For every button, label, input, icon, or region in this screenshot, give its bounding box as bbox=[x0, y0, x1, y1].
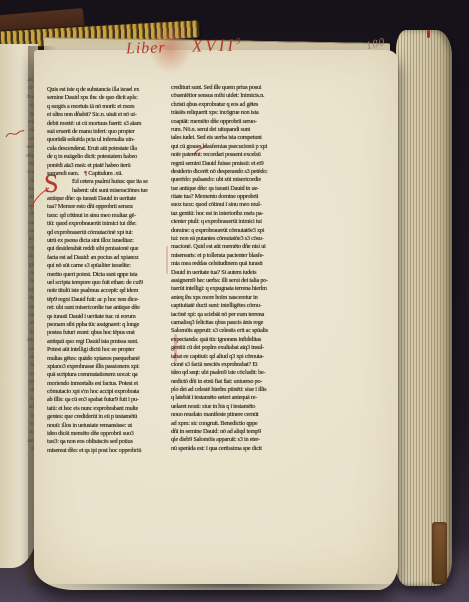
facing-page-fragment: īa bbox=[12, 361, 34, 369]
text-line: quā scriptura commutationem uocat: qa bbox=[47, 371, 169, 379]
facing-page-fragment: gz bbox=[12, 261, 34, 269]
facing-page-fragment: oz bbox=[12, 345, 34, 353]
text-line: Potest aūt intelligi dictū hoc ee propte… bbox=[47, 346, 169, 354]
text-line: anteq ihs xps more hoīm nasceretur in bbox=[171, 294, 293, 302]
running-header-numeral: XVII9 bbox=[192, 35, 244, 56]
facing-page-fragment: ab. bbox=[12, 76, 34, 84]
facing-page-fragment: ē. bbox=[12, 420, 34, 428]
facing-page-fragment: bd bbox=[12, 235, 34, 243]
text-line: multas gētes: quādo xpianos psequebanē bbox=[47, 355, 169, 363]
text-line: ret: ubi sunt misericordie tue antique d… bbox=[47, 304, 169, 312]
text-line: q latebāt ī testamēto ueteri antequā re- bbox=[171, 394, 293, 402]
facing-page-fragment: em bbox=[12, 336, 34, 344]
text-line: tuo3: qa non eos obliuiscēs sed potius bbox=[47, 438, 169, 446]
text-line: de q in euāgelio dicit: potestatem habeo bbox=[47, 153, 169, 161]
text-line: quorūdā soluēda pcta ul infernalia uin- bbox=[47, 136, 169, 144]
text-line: taz gentiū: hoc est in interioribz meis … bbox=[171, 210, 293, 218]
facing-page-fragment: oz bbox=[12, 219, 34, 227]
facing-page-fragment: fue bbox=[12, 93, 34, 101]
facing-page-fragment: qz bbox=[12, 303, 34, 311]
text-line: cula descenderat. Eruit aūt potestate il… bbox=[47, 145, 169, 153]
text-line: suoz tuoz: quod cōtinui ī sinu meo mul- bbox=[171, 201, 293, 209]
text-line: ideo qd seqt: ubi psalm9 iste cōcludit: … bbox=[171, 369, 293, 377]
facing-page-fragment: nē bbox=[12, 286, 34, 294]
text-line: cienter ptuli: q exprobrauerūt inimici t… bbox=[171, 218, 293, 226]
text-line: tue antique dñe: qs iurasti Dauid in ue- bbox=[171, 185, 293, 193]
text-line: Salomōis appruit: s3 celestis erit ac sp… bbox=[171, 327, 293, 335]
text-line: antique dñe: qs iurasti Dauid in ueritat… bbox=[47, 195, 169, 203]
text-line: qle dieb9 Salomōis apparuit: s3 in eter- bbox=[171, 436, 293, 444]
facing-page-fragment: u9 bbox=[12, 160, 34, 168]
text-line: tuerūt intelligi: q expugnata terrena hi… bbox=[171, 285, 293, 293]
text-line: ritate tua? Memento domine opprobrii bbox=[171, 193, 293, 201]
text-line: nouo reuelato manifeste ptinere cernūt bbox=[171, 411, 293, 419]
text-line: querēdo: pulsando: ubi sūt misericordie bbox=[171, 176, 293, 184]
text-line: uelaret nouū: siue in his q ī testamēto bbox=[171, 403, 293, 411]
running-header: Liber XVII9 bbox=[126, 32, 307, 67]
text-line: macionē. Quid est aūt memēto dñe nisi ut bbox=[171, 243, 293, 251]
text-line: tua? Memor esto dñi opprobrii seruoz bbox=[47, 203, 169, 211]
facing-page-fragment: sz bbox=[12, 311, 34, 319]
text-line: qs iurasti Dauid ī ueritate tua: ni eoru… bbox=[47, 313, 169, 321]
facing-page-fragment: ū bbox=[12, 445, 34, 453]
text-line: miserearis: et p tollerata pacienter bla… bbox=[171, 252, 293, 260]
text-line: Quis est iste q de substancia illa israe… bbox=[47, 86, 169, 94]
text-line: habent: ubi sunt miseraciōnes tue bbox=[47, 187, 169, 195]
text-line: nū sperāda est: ī qua certissima spe dic… bbox=[171, 445, 293, 453]
text-line: qui cū graues blasfemias psecucionū p xp… bbox=[171, 143, 293, 151]
text-line: ab illis: qa cū eo3 spabat futur9 fuit ī… bbox=[47, 396, 169, 404]
text-line: plo dei ad celestē hierlm ptinēti: siue … bbox=[171, 386, 293, 394]
left-text-column: S Quis est iste q de substancia illa isr… bbox=[47, 86, 169, 455]
photo-of-book-page: { "folio_number": "180", "running_header… bbox=[0, 0, 469, 602]
facing-page-fragment: ad bbox=[12, 403, 34, 411]
facing-page-fragment: ea bbox=[12, 244, 34, 252]
text-line: ponēdi aīa3 meā: et ptatē habeo iterū bbox=[47, 162, 169, 170]
text-line: dñi in semine Dauid: nō ad aliqd temp9 bbox=[171, 428, 293, 436]
text-line: misereat dño: et qs ipi post hoc opprobr… bbox=[47, 447, 169, 455]
text-line: antiquū quo regi Dauid ista pmissa sunt. bbox=[47, 338, 169, 346]
text-line: gentiū cū dei poplm exultabat atq3 insul… bbox=[171, 344, 293, 352]
right-text-column: credituri sunt. Sed ille quem prius posu… bbox=[171, 84, 293, 453]
text-line: utrū ex psona dicta sint illoz israelita… bbox=[47, 237, 169, 245]
text-line: tabat ee captiuū: qd aliud q3 xpi cōmuta… bbox=[171, 353, 293, 361]
text-line: sumendi eam. ¶ Capitulum .xii. bbox=[47, 170, 169, 178]
text-line: expectanda: quā tūc ignorans infidelitas bbox=[171, 336, 293, 344]
text-line: tatū: et hoc eis nunc exprobrabant multe bbox=[47, 405, 169, 413]
text-line: tēp9 regni Dauid fuit: ac p hoc non dice… bbox=[47, 296, 169, 304]
facing-page-fragment: or bbox=[12, 428, 34, 436]
facing-page-fragment: tz bbox=[12, 277, 34, 285]
text-line: mia mea reddas celsitudinem quā iurasti bbox=[171, 260, 293, 268]
text-line: qui nō sūt carne s3 spūaliter israelite: bbox=[47, 262, 169, 270]
facing-page-fragment: rg bbox=[12, 101, 34, 109]
text-line: qui desiderabāt reddi sibi pmissionē que bbox=[47, 245, 169, 253]
facing-page-fragment: se bbox=[12, 353, 34, 361]
facing-page-fragment: nia bbox=[12, 168, 34, 176]
text-line: tales iudei. Sed eis uerba ista competun… bbox=[171, 134, 293, 142]
facing-page-fragment: de bbox=[12, 294, 34, 302]
facing-page-fragment: rō- bbox=[12, 84, 34, 92]
text-line: ad xpm: sic congruit. Benedictio qppe bbox=[171, 420, 293, 428]
text-line: qd exprobrauerūt cōmutacōnē xpi tui: bbox=[47, 229, 169, 237]
text-line: christi qbus exprobratur q eos ad gētes bbox=[171, 101, 293, 109]
text-line: regnū semini Dauid fuisse pmissū: et ei9 bbox=[171, 160, 293, 168]
text-line: moriendo inmortalis est factus. Potest e… bbox=[47, 380, 169, 388]
text-line: tiū: quod exprobrauerūt inimici tui dñe: bbox=[47, 220, 169, 228]
fore-edge-page-stack bbox=[396, 30, 452, 586]
facing-page-fragment: lā bbox=[12, 177, 34, 185]
text-line: merito queri potest. Dicta sunt qppe ist… bbox=[47, 271, 169, 279]
text-line: rum. Nō.n. serui dei uitupandi sunt bbox=[171, 126, 293, 134]
pilcrow-mark: ¶ bbox=[84, 170, 87, 177]
facing-page-fragment: iā. bbox=[12, 252, 34, 260]
text-line: semine Dauid xps ihs: de quo dicit apls: bbox=[47, 94, 169, 102]
text-line: noīe titulū iste psalmus accepit: qd ide… bbox=[47, 287, 169, 295]
text-line: Dauid in ueritate tua? Si autem iudeis bbox=[171, 269, 293, 277]
facing-page-fragment: am bbox=[12, 437, 34, 445]
text-line: postea futuri erant: qbus hoc tēpus erat bbox=[47, 329, 169, 337]
text-line: ideo dicāt memēto dñe opprobrii suo3 bbox=[47, 430, 169, 438]
text-line: cōueniētior sensus mihi uidet: Inimicis.… bbox=[171, 92, 293, 100]
facing-page-fragment: is bbox=[12, 412, 34, 420]
text-line: cionē s3 factā nesciēs exprobrabat? Et bbox=[171, 361, 293, 369]
facing-page-fragment: tā bbox=[12, 386, 34, 394]
fore-edge-notch bbox=[432, 522, 447, 584]
text-line: coaptāt: memēto dñe opprobrii seruo- bbox=[171, 118, 293, 126]
margin-red-flourish bbox=[5, 126, 25, 142]
text-line: nedictō dñi in etnū fiat fiat: uniuerso … bbox=[171, 378, 293, 386]
facing-page-fragment: dñe bbox=[12, 152, 34, 160]
facing-page-fragment: et bbox=[12, 319, 34, 327]
facing-page-fragment: ct bbox=[12, 370, 34, 378]
text-line: tuoz: qd cōtinui in sinu meo multaz gē- bbox=[47, 212, 169, 220]
text-line: xpiano3 exprobrasse illis passionem xpi: bbox=[47, 363, 169, 371]
fore-edge-red-mark bbox=[427, 30, 430, 38]
text-line: gentes: que crediderūt in eū p testamētū bbox=[47, 413, 169, 421]
text-line: uel scripta tempore quo fuit ethan: de c… bbox=[47, 279, 169, 287]
facing-page-fragment: ūt bbox=[12, 328, 34, 336]
text-line: noīe paterent: recordari possent excelsū bbox=[171, 151, 293, 159]
text-line: debit mortē: ut cū mortuus fuerit: s3 aī… bbox=[47, 120, 169, 128]
text-line: tui: non eā putantes cōmutatōe3 s3 cōsu- bbox=[171, 235, 293, 243]
text-line: nouū: illos in uetustate remansisse: ut bbox=[47, 422, 169, 430]
page-bottom-shadow bbox=[30, 584, 430, 598]
text-line: credituri sunt. Sed ille quem prius posu… bbox=[171, 84, 293, 92]
facing-page-fragment: ū. bbox=[12, 395, 34, 403]
facing-page-fragment: re bbox=[12, 269, 34, 277]
text-line: carnalisq3 felicitas qbus paucis ānis re… bbox=[171, 319, 293, 327]
facing-page-fragment: u9 bbox=[12, 378, 34, 386]
facing-page-fragment: sed bbox=[12, 143, 34, 151]
text-line: q surgēs a mortuis iā nō morit: et mors bbox=[47, 103, 169, 111]
text-line: ei ultra non dñabit? Sic.n. uiuit et nō … bbox=[47, 111, 169, 119]
text-line: desiderio dicerēt nō desperando s3 petēd… bbox=[171, 168, 293, 176]
text-line: tacōnē xpi: qa sciebāt nō per eum terren… bbox=[171, 311, 293, 319]
text-line: Ed cetera psalmi huius: que ita se bbox=[47, 178, 169, 186]
facing-page-fragment: rg bbox=[12, 110, 34, 118]
running-header-suffix: 9 bbox=[236, 36, 244, 46]
text-line: domine: q exprobrauerūt cōmutatōe3 xpi bbox=[171, 227, 293, 235]
text-line: trāsiēs reliquerit xps: incōgrue non ist… bbox=[171, 109, 293, 117]
text-line: captiuitatē ducti sunt: intelligētes cōm… bbox=[171, 302, 293, 310]
text-line: facta est ad Dauid: an pocius ad xpianoz bbox=[47, 254, 169, 262]
facing-page-fragment: ua bbox=[12, 227, 34, 235]
text-line: assignem9 hec uerba: illi serui dei tali… bbox=[171, 277, 293, 285]
running-header-liber: Liber bbox=[126, 39, 166, 58]
